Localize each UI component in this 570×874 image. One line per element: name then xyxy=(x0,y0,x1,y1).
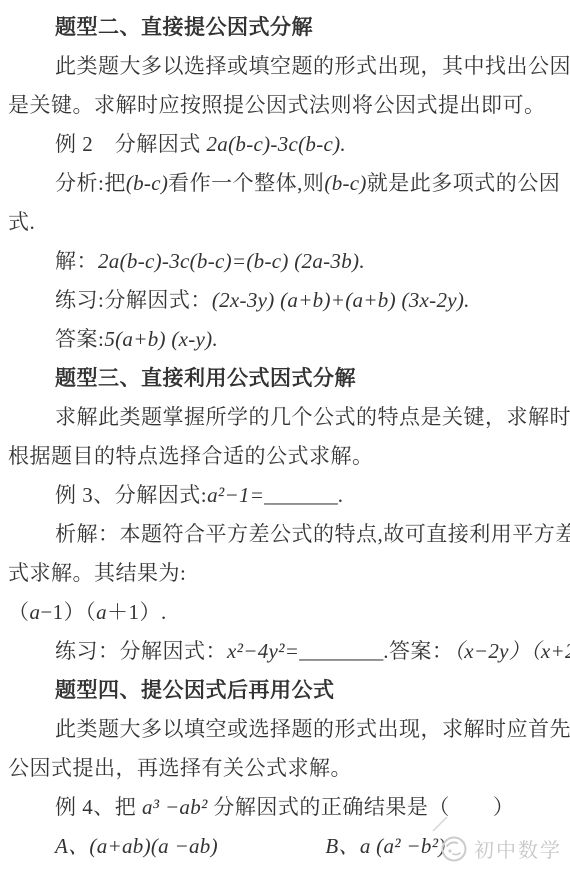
text-line: 例 3、分解因式:a²−1=_______. xyxy=(8,476,566,515)
text-segment: 式. xyxy=(8,210,35,234)
math-expression: x²−4y²= xyxy=(227,639,299,663)
text-segment: 就是此多项式的公因 xyxy=(367,171,561,195)
watermark: 初中数学 xyxy=(437,832,562,864)
text-segment: 析解：本题符合平方差公式的特点,故可直接利用平方差公 xyxy=(55,522,570,546)
text-line: 析解：本题符合平方差公式的特点,故可直接利用平方差公 xyxy=(8,515,566,554)
text-segment: 解： xyxy=(55,249,98,273)
text-line: 例 4、把 a³ −ab² 分解因式的正确结果是（ ） xyxy=(8,788,566,827)
math-expression: a²−1= xyxy=(207,483,264,507)
math-expression: 2a(b-c)-3c(b-c). xyxy=(207,132,346,156)
watermark-label: 初中数学 xyxy=(474,834,562,863)
text-segment xyxy=(218,834,326,858)
text-line: 求解此类题掌握所学的几个公式的特点是关键，求解时应 xyxy=(8,398,566,437)
text-line: 式求解。其结果为: xyxy=(8,554,566,593)
text-line: 答案:5(a+b) (x-y). xyxy=(8,320,566,359)
document-page: 题型二、直接提公因式分解此类题大多以选择或填空题的形式出现，其中找出公因式是关键… xyxy=(0,0,570,874)
text-segment: 式求解。其结果为: xyxy=(8,561,186,585)
text-segment: 例 2 分解因式 xyxy=(55,132,207,156)
text-segment: . xyxy=(338,483,344,507)
text-line: （a−1）（a＋1）. xyxy=(8,593,566,632)
document-body: 题型二、直接提公因式分解此类题大多以选择或填空题的形式出现，其中找出公因式是关键… xyxy=(0,0,570,866)
text-segment: 题型四、提公因式后再用公式 xyxy=(55,678,335,702)
watermark-slash-decoration xyxy=(431,816,449,832)
section-heading: 题型四、提公因式后再用公式 xyxy=(8,671,566,710)
text-line: 公因式提出，再选择有关公式求解。 xyxy=(8,749,566,788)
text-segment: 此类题大多以填空或选择题的形式出现，求解时应首先将 xyxy=(55,717,570,741)
text-segment: 题型二、直接提公因式分解 xyxy=(55,15,313,39)
fill-in-blank: ________ xyxy=(299,639,383,663)
text-line: 此类题大多以选择或填空题的形式出现，其中找出公因式 xyxy=(8,47,566,86)
section-heading: 题型三、直接利用公式因式分解 xyxy=(8,359,566,398)
text-line: 根据题目的特点选择合适的公式求解。 xyxy=(8,437,566,476)
math-expression: a³ −ab² xyxy=(142,795,208,819)
text-line: 练习:分解因式：(2x-3y) (a+b)+(a+b) (3x-2y). xyxy=(8,281,566,320)
math-expression: A、(a+ab)(a −ab) xyxy=(55,834,218,858)
text-line: 此类题大多以填空或选择题的形式出现，求解时应首先将 xyxy=(8,710,566,749)
text-segment: 练习:分解因式： xyxy=(55,288,212,312)
text-segment: 求解此类题掌握所学的几个公式的特点是关键，求解时应 xyxy=(55,405,570,429)
text-segment: 例 4、把 xyxy=(55,795,142,819)
section-heading: 题型二、直接提公因式分解 xyxy=(8,8,566,47)
math-expression: a xyxy=(96,600,107,624)
text-segment: 是关键。求解时应按照提公因式法则将公因式提出即可。 xyxy=(8,93,546,117)
text-line: 式. xyxy=(8,203,566,242)
text-line: 分析:把(b-c)看作一个整体,则(b-c)就是此多项式的公因 xyxy=(8,164,566,203)
text-line: 例 2 分解因式 2a(b-c)-3c(b-c). xyxy=(8,125,566,164)
text-segment: 根据题目的特点选择合适的公式求解。 xyxy=(8,444,374,468)
text-line: 练习：分解因式：x²−4y²=________.答案：（x−2y）（x+2y） xyxy=(8,632,566,671)
text-line: 是关键。求解时应按照提公因式法则将公因式提出即可。 xyxy=(8,86,566,125)
text-segment: 分析:把 xyxy=(55,171,126,195)
text-segment: 看作一个整体,则 xyxy=(168,171,324,195)
junior-math-logo-icon xyxy=(437,832,469,864)
text-segment: 练习：分解因式： xyxy=(55,639,227,663)
math-expression: a xyxy=(30,600,41,624)
math-expression: （x−2y）（x+2y） xyxy=(453,639,570,663)
text-segment: 分解因式的正确结果是（ ） xyxy=(208,795,515,819)
text-segment: −1）（ xyxy=(40,600,96,624)
text-segment: 答案: xyxy=(55,327,104,351)
text-segment: 例 3、分解因式: xyxy=(55,483,207,507)
text-segment: （ xyxy=(8,600,30,624)
math-expression: (2x-3y) (a+b)+(a+b) (3x-2y). xyxy=(212,288,470,312)
math-expression: 5(a+b) (x-y). xyxy=(104,327,218,351)
text-line: 解：2a(b-c)-3c(b-c)=(b-c) (2a-3b). xyxy=(8,242,566,281)
fill-in-blank: _______ xyxy=(264,483,338,507)
text-segment: 题型三、直接利用公式因式分解 xyxy=(55,366,356,390)
text-segment: 此类题大多以选择或填空题的形式出现，其中找出公因式 xyxy=(55,54,570,78)
math-expression: (b-c) xyxy=(324,171,366,195)
math-expression: (b-c) xyxy=(126,171,168,195)
text-segment: 公因式提出，再选择有关公式求解。 xyxy=(8,756,352,780)
text-segment: ＋1）. xyxy=(107,600,167,624)
math-expression: 2a(b-c)-3c(b-c)=(b-c) (2a-3b). xyxy=(98,249,365,273)
math-expression: B、a (a² −b²) xyxy=(325,834,445,858)
text-segment: .答案： xyxy=(383,639,453,663)
